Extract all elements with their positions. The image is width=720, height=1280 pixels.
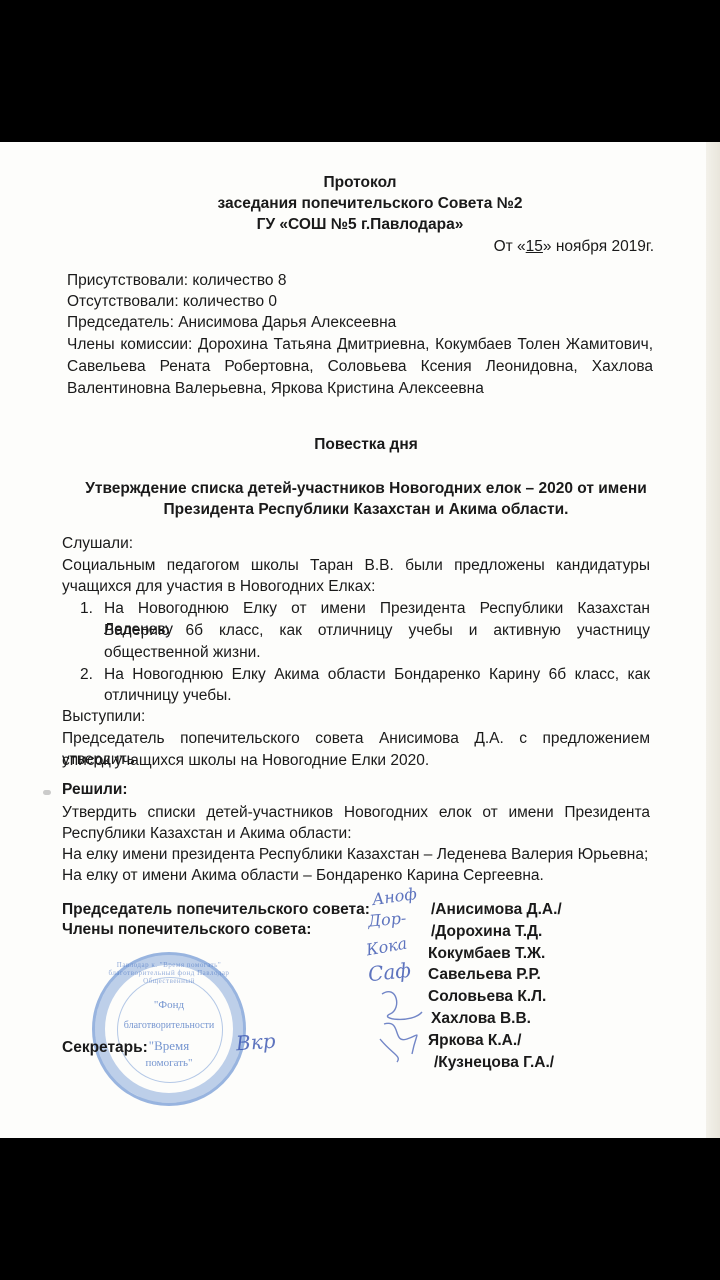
heard-item-2-number: 2.	[80, 664, 93, 685]
decided-line-2: Республики Казахстан и Акима области:	[62, 823, 352, 844]
spoke-label: Выступили:	[62, 706, 145, 727]
decided-label: Решили:	[62, 779, 128, 800]
members-signature-label: Члены попечительского совета:	[62, 919, 311, 940]
signature-name-5: Соловьева К.Л.	[428, 986, 546, 1007]
heard-item-2-line-1: На Новогоднюю Елку Акима области Бондаре…	[104, 664, 650, 685]
doc-organization: ГУ «СОШ №5 г.Павлодара»	[0, 214, 720, 235]
chair-name: Председатель: Анисимова Дарья Алексеевна	[67, 312, 396, 333]
heard-intro-line-2: учащихся для участия в Новогодних Елках:	[62, 576, 375, 597]
date-day: 15	[526, 238, 543, 255]
signature-name-6: Хахлова В.В.	[431, 1008, 531, 1029]
date-suffix: » ноября 2019г.	[543, 238, 654, 255]
document-page: Протокол заседания попечительского Совет…	[0, 142, 720, 1138]
heard-intro-line-1: Социальным педагогом школы Таран В.В. бы…	[62, 555, 650, 576]
heard-label: Слушали:	[62, 533, 133, 554]
agenda-item-line-2: Президента Республики Казахстан и Акима …	[6, 499, 720, 520]
heard-item-1-line-3: общественной жизни.	[104, 642, 261, 663]
heard-item-1-line-2: Валерию 6б класс, как отличницу учебы и …	[104, 620, 650, 641]
members-line-3: Валентиновна Валерьевна, Яркова Кристина…	[67, 378, 484, 399]
doc-date: От «15» ноября 2019г.	[494, 236, 654, 257]
heard-item-2-line-2: отличницу учебы.	[104, 685, 232, 706]
signature-name-2: /Дорохина Т.Д.	[431, 921, 542, 942]
secretary-label: Секретарь:	[62, 1037, 148, 1058]
present-count: Присутствовали: количество 8	[67, 270, 286, 291]
paper-smudge	[43, 790, 51, 795]
organization-stamp: Павлодар к. "Время помогать" благотворит…	[92, 952, 246, 1106]
signature-name-4: Савельева Р.Р.	[428, 964, 541, 985]
stamp-line-4: помогать"	[95, 1057, 243, 1070]
signature-name-8: /Кузнецова Г.А./	[434, 1052, 554, 1073]
signature-name-1: /Анисимова Д.А./	[431, 899, 562, 920]
decided-line-3: На елку имени президента Республики Каза…	[62, 844, 648, 865]
absent-count: Отсутствовали: количество 0	[67, 291, 277, 312]
signature-name-7: Яркова К.А./	[428, 1030, 521, 1051]
decided-line-1: Утвердить списки детей-участников Нового…	[62, 802, 650, 823]
handwritten-signature-scribble	[372, 984, 432, 1064]
agenda-heading: Повестка дня	[6, 434, 720, 455]
decided-line-4: На елку от имени Акима области – Бондаре…	[62, 865, 544, 886]
members-line-1: Члены комиссии: Дорохина Татьяна Дмитрие…	[67, 334, 653, 355]
doc-subtitle: заседания попечительского Совета №2	[10, 193, 720, 214]
heard-item-1-number: 1.	[80, 598, 93, 619]
agenda-item-line-1: Утверждение списка детей-участников Ново…	[6, 478, 720, 499]
members-line-2: Савельева Рената Робертовна, Соловьева К…	[67, 356, 653, 377]
handwritten-signature-4: Саф	[367, 958, 412, 986]
signature-name-3: Кокумбаев Т.Ж.	[428, 943, 545, 964]
handwritten-signature-2: Дор-	[367, 908, 407, 930]
handwritten-signature-3: Кока	[365, 934, 409, 960]
date-prefix: От «	[494, 238, 526, 255]
handwritten-signature-1: Аноф	[371, 884, 418, 909]
secretary-signature: Вкр	[235, 1029, 276, 1056]
chair-signature-label: Председатель попечительского совета:	[62, 899, 370, 920]
doc-title: Протокол	[0, 172, 720, 193]
paper-edge	[706, 142, 720, 1138]
stamp-line-2: благотворительности	[95, 1019, 243, 1032]
spoke-line-2: список учащихся школы на Новогодние Елки…	[62, 750, 429, 771]
stamp-line-1: "Фонд	[95, 999, 243, 1012]
